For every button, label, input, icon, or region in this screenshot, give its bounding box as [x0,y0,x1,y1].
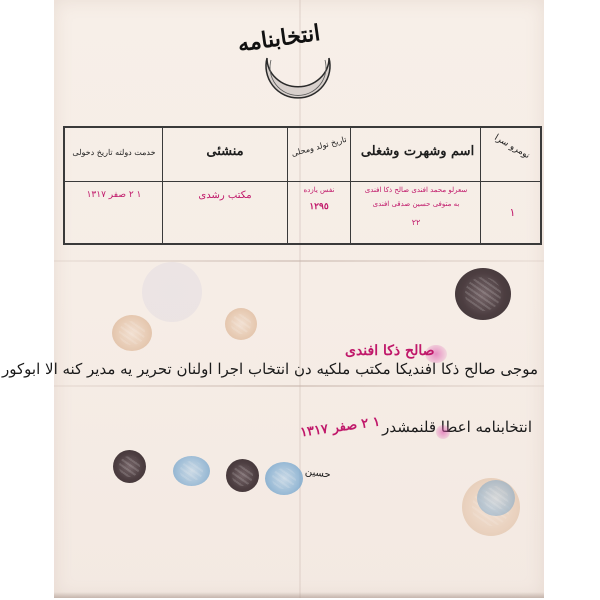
header-office: منشئی [165,144,285,159]
column-divider [287,128,288,243]
paper-edge [54,592,544,598]
header-name: اسم وشهرت وشغلی [355,144,480,159]
cell-birth-year: ١٢٩٥ [289,202,349,212]
cell-office: مکتب رشدی [165,190,285,201]
ghost-seal [142,262,202,322]
cell-name-line1: سعرلو محمد افندی صالح ذکا افندی [353,186,479,194]
bottom-blue-seal-2 [265,462,303,495]
cell-service-date: ١ ٢ صفر ١٣١٧ [67,190,161,200]
tughra-calligraphy: انتخابنامه [271,23,327,89]
cell-sira-no: ١ [485,206,540,219]
header-service-date: خدمت دولته تاریخ دخولی [67,148,161,157]
body-line-1: موجی صالح ذکا افندیکا مکتب ملکیه دن انتخ… [0,360,538,378]
header-birth: تاریخ تولد ومحلی [290,135,348,159]
bottom-right-blue-seal [477,480,515,516]
header-divider [65,181,540,182]
column-divider [480,128,481,243]
column-divider [162,128,163,243]
bottom-blue-seal-1 [173,456,210,486]
header-sira-no: نومرو سرا [484,128,541,167]
body-line-2: انتخابنامه اعطا قلنمشدر [382,418,532,436]
body-highlighted-name: صالح ذکا افندی [345,343,434,359]
column-divider [350,128,351,243]
bottom-dark-seal-1 [113,450,146,483]
cell-name-line3: ٢٢ [353,218,479,227]
tan-seal-left [112,315,152,351]
top-right-dark-seal [455,268,511,320]
ink-blot [436,425,450,439]
cell-birth-place: نفس یازده [289,186,349,194]
tan-seal-center [225,308,257,340]
bottom-dark-seal-2 [226,459,259,492]
tughra-emblem: انتخابنامه [253,20,343,106]
cell-name-line2: به متوفی حسین صدقی افندی [353,200,479,208]
register-table: نومرو سرا اسم وشهرت وشغلی تاریخ تولد ومح… [63,126,542,245]
